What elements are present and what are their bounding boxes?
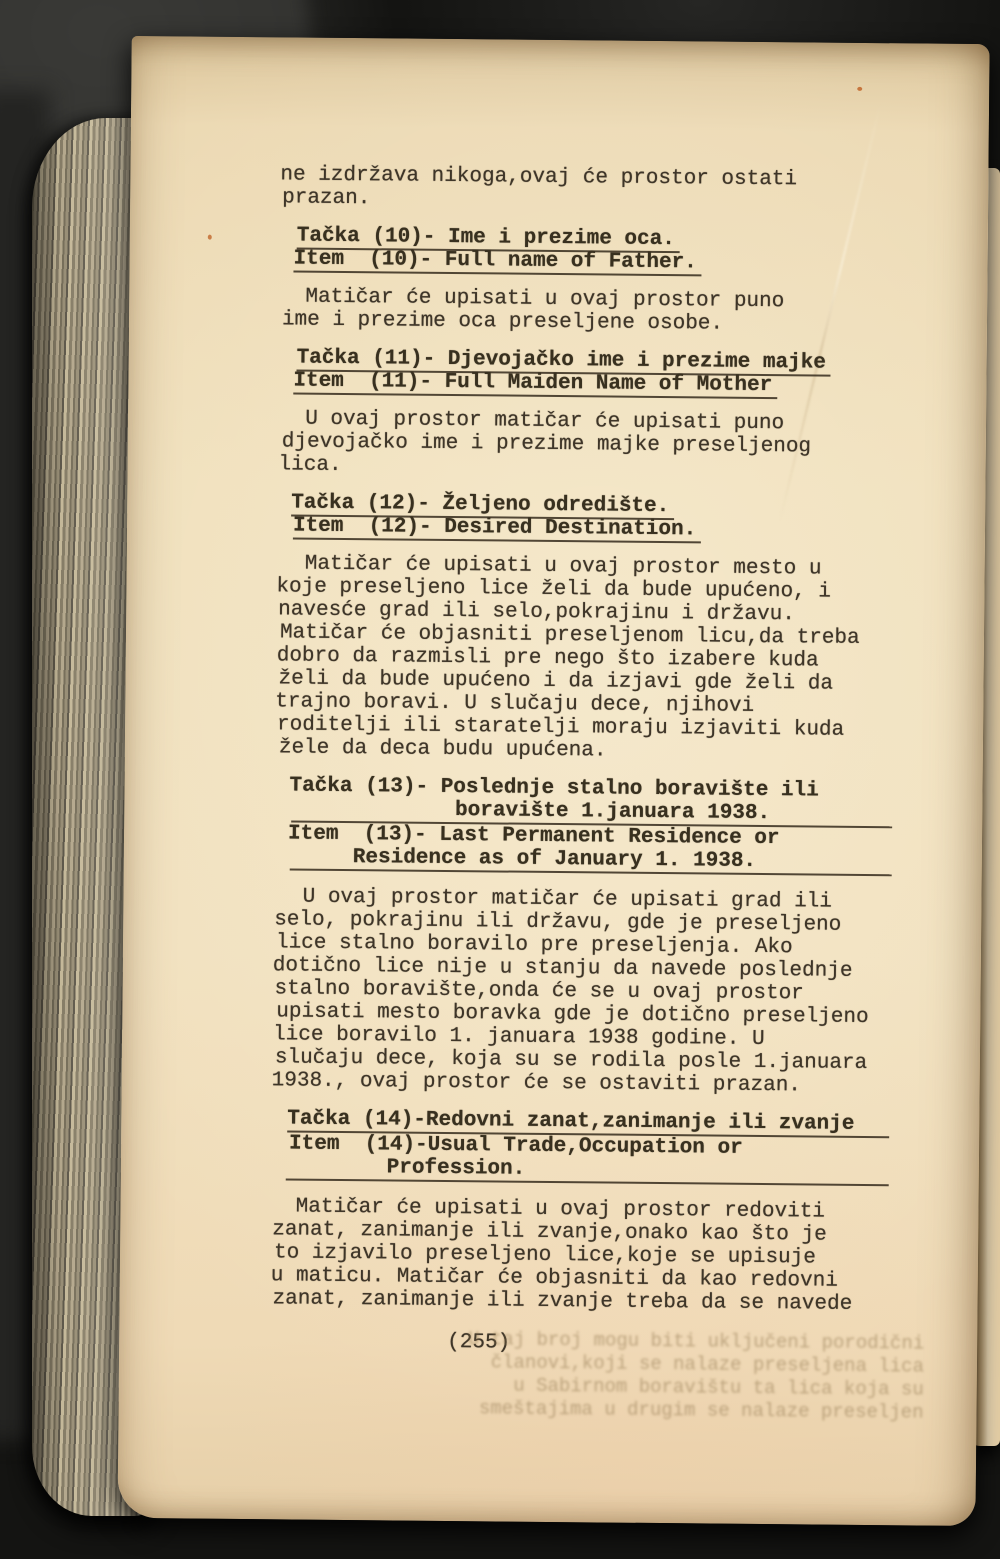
text-line: Residence as of January 1. 1938. (290, 845, 892, 876)
paper-speck (857, 87, 862, 91)
section-heading: Tačka (11)- Djevojačko ime i prezime maj… (294, 346, 896, 398)
paragraph: Matičar će upisati u ovaj prostor punoim… (281, 285, 897, 337)
typewritten-text: ne izdržava nikoga,ovaj će prostor ostat… (271, 163, 898, 1358)
ink-bleedthrough: U taj broj mogu biti uključeni porodični… (323, 1326, 924, 1424)
text-line: zanat, zanimanje ili zvanje treba da se … (272, 1287, 887, 1316)
paragraph: U ovaj prostor matičar će upisati grad i… (274, 885, 892, 1098)
paragraph: U ovaj prostor matičar će upisati punodj… (279, 407, 896, 482)
text-line: Item (12)- Desired Destination. (293, 514, 895, 543)
bleedthrough-line: smeštajima u drugim se nalaze preseljen (323, 1396, 923, 1424)
text-line: Item (10)- Full name of Father. (293, 247, 897, 276)
section-heading: Tačka (10)- Ime i prezime oca.Item (10)-… (295, 224, 897, 276)
paper-speck (208, 235, 212, 240)
book-page: ne izdržava nikoga,ovaj će prostor ostat… (117, 36, 989, 1526)
paragraph: ne izdržava nikoga,ovaj će prostor ostat… (282, 163, 898, 215)
section-heading: Tačka (13)- Poslednje stalno boravište i… (290, 774, 893, 876)
paragraph: Matičar će upisati u ovaj prostor mesto … (277, 552, 895, 765)
text-line: ime i prezime oca preseljene osobe. (282, 308, 897, 337)
text-line: 1938., ovaj prostor će se ostaviti praza… (272, 1069, 890, 1098)
section-heading: Tačka (14)-Redovni zanat,zanimanje ili z… (287, 1107, 890, 1186)
text-line: prazan. (282, 186, 898, 215)
text-line: Profession. (286, 1155, 889, 1186)
paragraph: Matičar će upisati u ovaj prostor redovi… (271, 1195, 888, 1316)
paper-surface: ne izdržava nikoga,ovaj će prostor ostat… (117, 36, 989, 1526)
section-heading: Tačka (12)- Željeno odredište.Item (12)-… (293, 491, 895, 543)
